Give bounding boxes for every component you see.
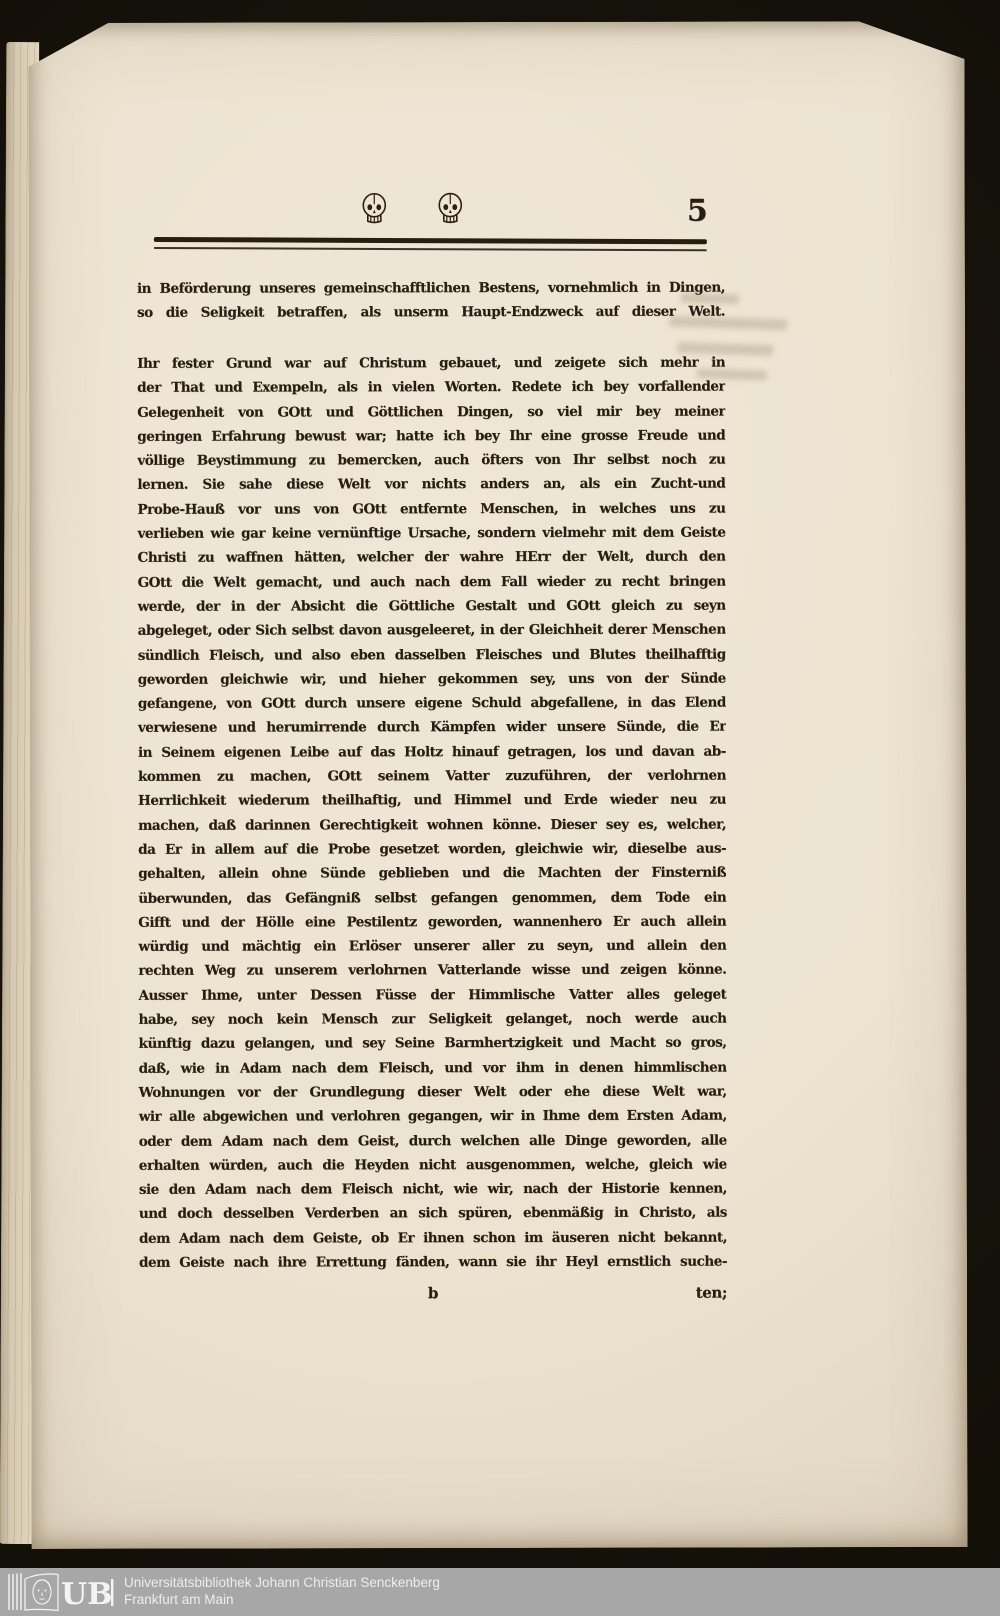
text-line: würdig und mächtig ein Erlöser unserer a… <box>138 934 726 960</box>
ub-logo-text: UB <box>61 1577 113 1612</box>
text-line: Ihr fester Grund war auf Christum gebaue… <box>137 351 725 377</box>
scanned-book-viewer: 5 in Beförderung unseres gemeinschafftli… <box>0 0 1000 1616</box>
text-line: verlieben wie gar keine vernünftige Ursa… <box>137 521 725 547</box>
catchword-row: b ten; <box>139 1284 727 1309</box>
text-line: rechten Weg zu unserem verlohrnen Vatter… <box>138 958 726 984</box>
text-line: wir alle abgewichen und verlohren gegang… <box>139 1104 727 1130</box>
text-line: geworden gleichwie wir, und hieher gekom… <box>138 666 726 692</box>
ub-library-logo-icon: UB <box>6 1571 118 1613</box>
text-line: künftig dazu gelangen, und sey Seine Bar… <box>139 1031 727 1057</box>
book-page-scan: 5 in Beförderung unseres gemeinschafftli… <box>28 21 967 1549</box>
page-number: 5 <box>687 193 747 228</box>
text-line: GOtt die Welt gemacht, und auch nach dem… <box>138 569 726 595</box>
library-city: Frankfurt am Main <box>124 1591 440 1608</box>
skull-ornament-icon <box>435 192 466 226</box>
text-line: in Seinem eigenen Leibe auf das Holtz hi… <box>138 739 726 765</box>
library-name: Universitätsbibliothek Johann Christian … <box>124 1574 440 1591</box>
text-line: in Beförderung unseres gemeinschafftlich… <box>137 276 725 302</box>
text-line: Gelegenheit von GOtt und Göttlichen Ding… <box>137 399 725 425</box>
text-line: Ausser Ihme, unter Dessen Füsse der Himm… <box>138 982 726 1008</box>
text-line: daß, wie in Adam nach dem Fleisch, und v… <box>139 1055 727 1081</box>
text-line: Gifft und der Hölle eine Pestilentz gewo… <box>138 909 726 935</box>
header-ornaments <box>359 192 549 226</box>
text-line: geringen Erfahrung bewust war; hatte ich… <box>137 423 725 449</box>
library-footer-bar: UB Universitätsbibliothek Johann Christi… <box>0 1568 1000 1616</box>
text-line: Herrlichkeit wiederum theilhaftig, und H… <box>138 788 726 814</box>
text-line: Wohnungen vor der Grundlegung dieser Wel… <box>139 1079 727 1105</box>
text-line: verwiesene und herumirrende durch Kämpfe… <box>138 715 726 741</box>
text-line: kommen zu machen, GOtt seinem Vatter zuz… <box>138 764 726 790</box>
text-line: und doch desselben Verderben an sich spü… <box>139 1201 727 1227</box>
text-line: Christi zu waffnen hätten, welcher der w… <box>137 545 725 571</box>
text-line: habe, sey noch kein Mensch zur Seligkeit… <box>138 1007 726 1033</box>
text-line: völlige Beystimmung zu bemercken, auch ö… <box>137 448 725 474</box>
text-line: überwunden, das Gefängniß selbst gefange… <box>138 885 726 911</box>
text-line: lernen. Sie sahe diese Welt vor nichts a… <box>137 472 725 498</box>
catchword: ten; <box>696 1284 727 1302</box>
paragraph-main: Ihr fester Grund war auf Christum gebaue… <box>137 351 727 1276</box>
text-line: sie den Adam nach dem Fleisch nicht, wie… <box>139 1177 727 1203</box>
text-line: gehalten, allein ohne Sünde geblieben un… <box>138 861 726 887</box>
text-line: dem Adam nach dem Geiste, ob Er ihnen sc… <box>139 1225 727 1251</box>
text-line: oder dem Adam nach dem Geist, durch welc… <box>139 1128 727 1154</box>
skull-ornament-icon <box>359 192 390 226</box>
text-line: sündlich Fleisch, und also eben dasselbe… <box>138 642 726 668</box>
text-line: gefangene, von GOtt durch unsere eigene … <box>138 691 726 717</box>
header-rule <box>154 237 707 251</box>
text-line: der That und Exempeln, als in vielen Wor… <box>137 375 725 401</box>
text-line: erhalten würden, auch die Heyden nicht a… <box>139 1152 727 1178</box>
text-line: abgeleget, oder Sich selbst davon ausgel… <box>138 618 726 644</box>
signature-mark: b <box>139 1284 727 1303</box>
text-line: da Er in allem auf die Probe gesetzet wo… <box>138 836 726 862</box>
text-line: dem Geiste nach ihre Errettung fänden, w… <box>139 1250 727 1276</box>
text-line: werde, der in der Absicht die Göttliche … <box>138 593 726 619</box>
paragraph-intro: in Beförderung unseres gemeinschafftlich… <box>137 276 725 326</box>
text-line: machen, daß darinnen Gerechtigkeit wohne… <box>138 812 726 838</box>
text-line: Probe-Hauß vor uns von GOtt entfernte Me… <box>137 496 725 522</box>
text-line: so die Seligkeit betraffen, als unserm H… <box>137 300 725 326</box>
